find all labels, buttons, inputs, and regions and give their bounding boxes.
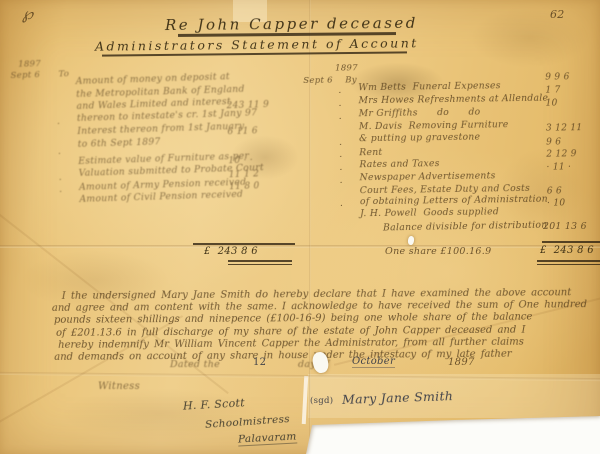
payments-column: 1897 Sept 6 By Wm Betts Funeral Expenses… [303, 58, 600, 62]
ditto-mark: · [340, 201, 343, 211]
dated-prefix: Dated the [170, 359, 220, 370]
ditto-mark: · [339, 114, 342, 124]
ditto-mark: · [338, 88, 341, 98]
sgd-abbreviation: (sgd) [310, 396, 333, 406]
document-title: Re John Capper deceased [165, 14, 405, 34]
amount: 6 6 [547, 186, 562, 196]
balance-amount: 201 13 6 [543, 221, 587, 232]
principal-signature: Mary Jane Smith [342, 388, 454, 407]
payments-date: Sept 6 [303, 76, 333, 86]
amount: · 11 · [546, 162, 571, 172]
fold-line-horizontal [0, 245, 600, 248]
dated-month: October [352, 356, 395, 368]
ditto-mark: · [339, 101, 342, 111]
receipts-date: Sept 6 [10, 70, 40, 81]
ditto-mark: · [57, 119, 60, 129]
ditto-mark: · [59, 175, 62, 185]
total-rule-left [193, 243, 295, 245]
amount: 2 12 9 [546, 149, 577, 159]
ditto-mark: · [339, 165, 342, 175]
total-double-rule-right [537, 264, 600, 266]
amount: 9 6 [546, 137, 561, 147]
witness-signature: H. F. Scott [183, 396, 246, 412]
document-scan: ℘ 62 Re John Capper deceased Administrat… [0, 0, 600, 454]
payments-year: 1897 [335, 63, 358, 73]
stain [60, 388, 260, 440]
fold-line-horizontal [0, 372, 600, 381]
folio-number: 62 [550, 8, 565, 21]
line-text: Amount of Civil Pension received [79, 189, 243, 205]
paper-wrapper: ℘ 62 Re John Capper deceased Administrat… [0, 0, 600, 454]
statement-line: ·J. H. Powell Goods supplied· 10 [360, 198, 600, 220]
witness-place: Palavaram [238, 430, 297, 446]
ditto-mark: · [340, 178, 343, 188]
amount: 1 7 [545, 85, 560, 95]
stain [470, 8, 590, 68]
amount: 3 12 11 [546, 123, 583, 134]
amount: 6 11 6 [227, 126, 258, 137]
amount: 10 · · [228, 155, 253, 166]
balance-label: Balance divisible for distribution [383, 220, 548, 234]
amount: · 10 [547, 198, 566, 208]
ditto-mark: · [339, 140, 342, 150]
amount: 243 11 9 [226, 100, 269, 111]
payments-prefix: By [345, 75, 357, 85]
ditto-mark: · [339, 152, 342, 162]
receipts-prefix: To [58, 69, 69, 79]
receipts-total: £ 243 8 6 [204, 246, 258, 257]
total-rule-right [542, 241, 600, 243]
total-double-rule-right [537, 260, 600, 262]
tear-hole [407, 236, 414, 246]
receipts-year: 1897 [18, 59, 41, 70]
payments-total: £ 243 8 6 [540, 245, 594, 256]
amount: 11 8 0 [229, 181, 260, 192]
ditto-mark: · [59, 187, 62, 197]
witness-label: Witness [98, 381, 140, 392]
total-double-rule-left [228, 264, 292, 266]
dated-year: 1897 [448, 357, 475, 368]
ditto-mark: · [58, 149, 61, 159]
total-double-rule-left [228, 260, 292, 262]
share-note: One share £100.16.9 [385, 246, 491, 257]
amount: 11 1 2 [229, 169, 260, 180]
paper-sheet: ℘ 62 Re John Capper deceased Administrat… [0, 0, 600, 454]
paper-strip-gap [302, 376, 309, 424]
embossed-stamp: ℘ [22, 4, 33, 23]
amount: 9 9 6 [545, 72, 570, 82]
witness-occupation: Schoolmistress [205, 413, 291, 431]
line-text: J. H. Powell Goods supplied [360, 206, 499, 219]
amount: 10 [546, 98, 558, 108]
dated-day: 12 [253, 357, 266, 368]
